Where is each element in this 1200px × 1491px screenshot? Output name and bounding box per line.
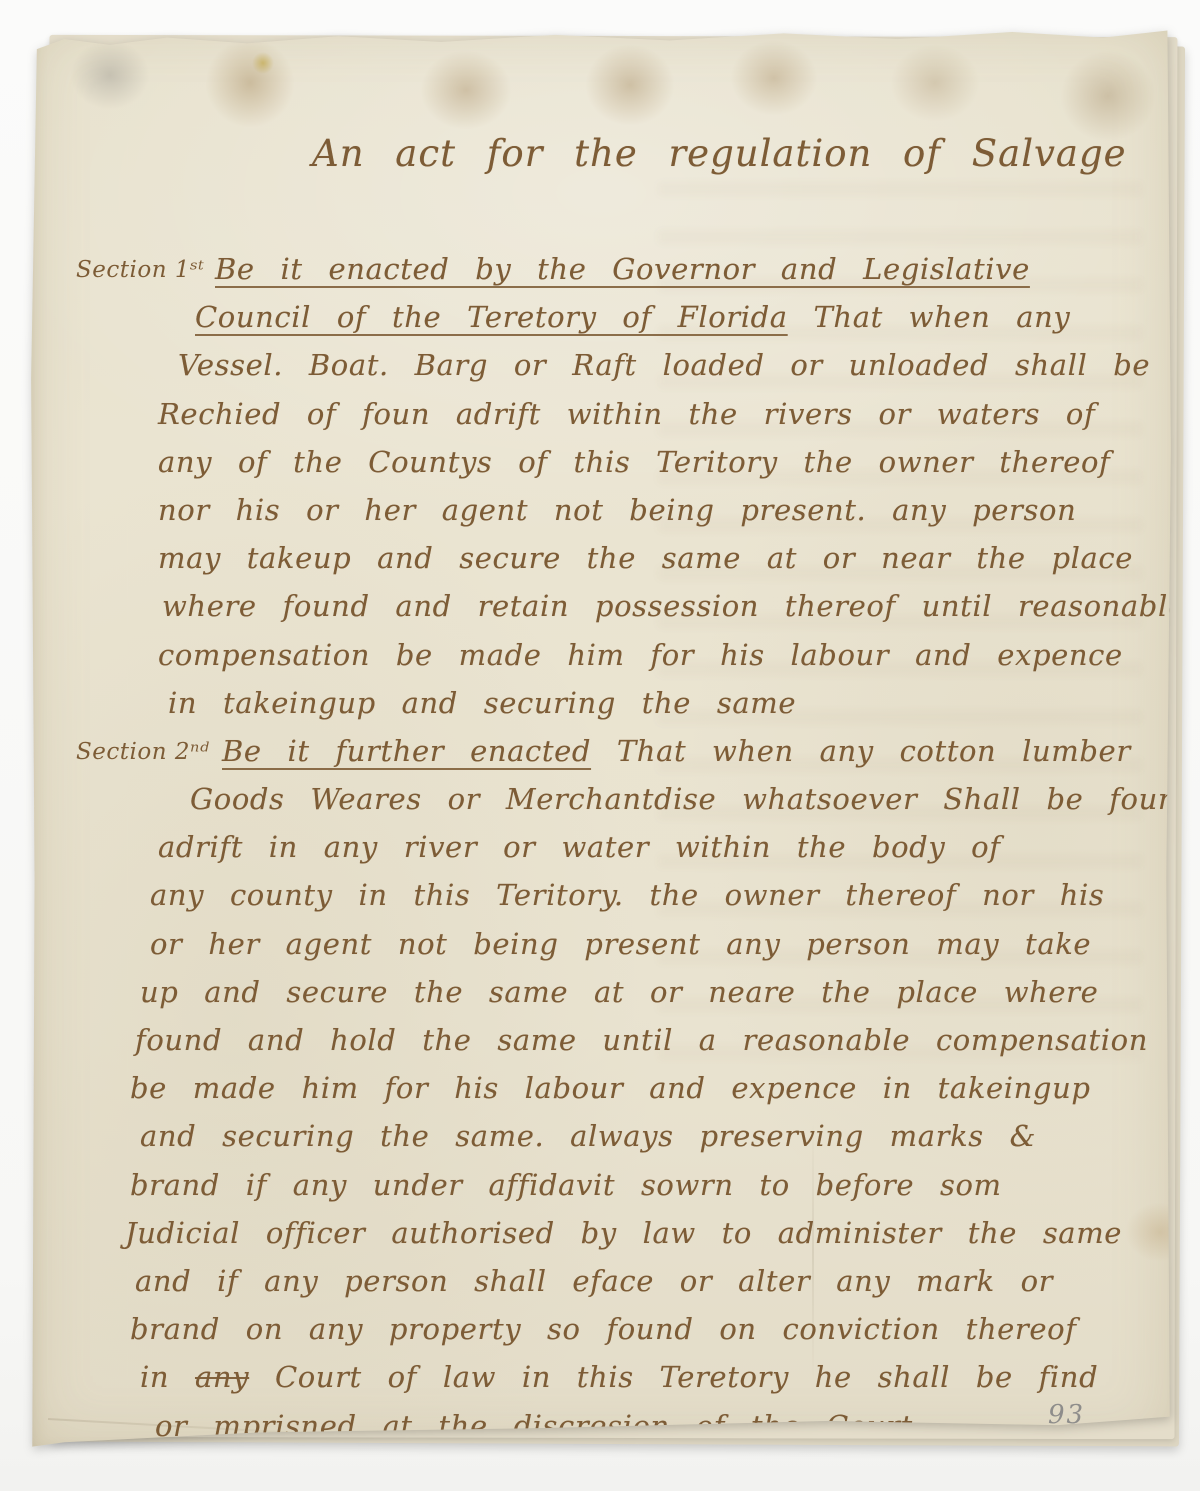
line-segments: or her agent not being present any perso… (150, 927, 1091, 961)
stain-mark (730, 40, 818, 116)
line-segments: be made him for his labour and expence i… (130, 1071, 1091, 1105)
handwritten-text: found and hold the same until a reasonab… (135, 1023, 1148, 1057)
handwritten-text: That when any (788, 300, 1071, 334)
handwritten-text: any county in this Teritory. the owner t… (150, 878, 1104, 912)
handwritten-text: Be it enacted by the Governor and Legisl… (215, 252, 1030, 286)
manuscript-line: Goods Weares or Merchantdise whatsoever … (30, 782, 1172, 830)
handwritten-text: adrift in any river or water within the … (158, 830, 1001, 864)
handwritten-text: brand on any property so found on convic… (130, 1312, 1077, 1346)
line-segments: or mprisned at the discresion of the Cou… (155, 1409, 913, 1443)
manuscript-line: may takeup and secure the same at or nea… (30, 541, 1172, 589)
line-segments: nor his or her agent not being present. … (158, 493, 1076, 527)
line-segments: brand on any property so found on convic… (130, 1312, 1077, 1346)
line-segments: any of the Countys of this Teritory the … (158, 445, 1110, 479)
line-segments: Be it enacted by the Governor and Legisl… (215, 252, 1030, 286)
handwritten-text: compensation be made him for his labour … (158, 638, 1123, 672)
manuscript-line: any county in this Teritory. the owner t… (30, 878, 1172, 926)
handwritten-text: Rechied of foun adrift within the rivers… (158, 397, 1095, 431)
manuscript-line: or her agent not being present any perso… (30, 927, 1172, 975)
manuscript-line: Section 1ˢᵗ Be it enacted by the Governo… (30, 252, 1172, 300)
handwritten-text: where found and retain possession thereo… (162, 589, 1186, 623)
manuscript-line: compensation be made him for his labour … (30, 638, 1172, 686)
manuscript-line: brand if any under affidavit sowrn to be… (30, 1168, 1172, 1216)
manuscript-line: Rechied of foun adrift within the rivers… (30, 397, 1172, 445)
manuscript-line: Judicial officer authorised by law to ad… (30, 1216, 1172, 1264)
line-segments: brand if any under affidavit sowrn to be… (130, 1168, 1002, 1202)
line-segments: up and secure the same at or neare the p… (140, 975, 1098, 1009)
manuscript-line: where found and retain possession thereo… (30, 589, 1172, 637)
manuscript-line: adrift in any river or water within the … (30, 830, 1172, 878)
handwritten-text: may takeup and secure the same at or nea… (158, 541, 1133, 575)
line-segments: in any Court of law in this Teretory he … (140, 1360, 1098, 1394)
stain-mark (890, 44, 980, 122)
line-segments: in takeingup and securing the same (168, 686, 796, 720)
manuscript-line: any of the Countys of this Teritory the … (30, 445, 1172, 493)
handwritten-text: up and secure the same at or neare the p… (140, 975, 1098, 1009)
line-segments: any county in this Teritory. the owner t… (150, 878, 1104, 912)
text-lines: Section 1ˢᵗ Be it enacted by the Governo… (30, 252, 1172, 1457)
photo-background: An act for the regulation of Salvage Sec… (0, 0, 1200, 1491)
handwritten-text: or her agent not being present any perso… (150, 927, 1091, 961)
manuscript-page: An act for the regulation of Salvage Sec… (30, 22, 1172, 1448)
manuscript-line: and if any person shall eface or alter a… (30, 1264, 1172, 1312)
stain-mark (252, 52, 274, 74)
stain-mark (205, 38, 295, 128)
line-segments: and securing the same. always preserving… (140, 1119, 1036, 1153)
document-title: An act for the regulation of Salvage (312, 132, 1127, 175)
manuscript-line: nor his or her agent not being present. … (30, 493, 1172, 541)
line-segments: Vessel. Boat. Barg or Raft loaded or unl… (178, 348, 1200, 382)
manuscript-line: in any Court of law in this Teretory he … (30, 1360, 1172, 1408)
page-number: 93 (1048, 1400, 1085, 1430)
line-segments: found and hold the same until a reasonab… (135, 1023, 1148, 1057)
stain-mark (70, 40, 150, 110)
manuscript-line: and securing the same. always preserving… (30, 1119, 1172, 1167)
stain-mark (1060, 50, 1156, 142)
line-segments: Judicial officer authorised by law to ad… (125, 1216, 1122, 1250)
manuscript-line: Council of the Teretory of Florida That … (30, 300, 1172, 348)
manuscript-line: or mprisned at the discresion of the Cou… (30, 1409, 1172, 1457)
handwritten-text: Be it further enacted (222, 734, 591, 768)
handwritten-text: in takeingup and securing the same (168, 686, 796, 720)
line-segments: and if any person shall eface or alter a… (135, 1264, 1053, 1298)
line-segments: where found and retain possession thereo… (162, 589, 1186, 623)
manuscript-line: found and hold the same until a reasonab… (30, 1023, 1172, 1071)
handwritten-text: any of the Countys of this Teritory the … (158, 445, 1110, 479)
line-segments: compensation be made him for his labour … (158, 638, 1123, 672)
section-marker: Section 1ˢᵗ (76, 257, 204, 283)
handwritten-text: and securing the same. always preserving… (140, 1119, 1036, 1153)
handwritten-text: nor his or her agent not being present. … (158, 493, 1076, 527)
line-segments: Council of the Teretory of Florida That … (195, 300, 1070, 334)
handwritten-text: Goods Weares or Merchantdise whatsoever … (190, 782, 1196, 816)
manuscript-page-wrap: An act for the regulation of Salvage Sec… (30, 22, 1172, 1448)
line-segments: may takeup and secure the same at or nea… (158, 541, 1133, 575)
handwritten-text: any (195, 1360, 249, 1394)
manuscript-line: be made him for his labour and expence i… (30, 1071, 1172, 1119)
manuscript-line: brand on any property so found on convic… (30, 1312, 1172, 1360)
handwritten-text: brand if any under affidavit sowrn to be… (130, 1168, 1002, 1202)
stain-mark (585, 44, 675, 126)
handwritten-text: Vessel. Boat. Barg or Raft loaded or unl… (178, 348, 1200, 382)
stain-mark (420, 50, 512, 130)
line-segments: Be it further enacted That when any cott… (222, 734, 1131, 768)
line-segments: Goods Weares or Merchantdise whatsoever … (190, 782, 1196, 816)
handwritten-text: and if any person shall eface or alter a… (135, 1264, 1053, 1298)
manuscript-line: in takeingup and securing the same (30, 686, 1172, 734)
handwritten-text: in (140, 1360, 195, 1394)
manuscript-line: Section 2ⁿᵈ Be it further enacted That w… (30, 734, 1172, 782)
handwritten-text: be made him for his labour and expence i… (130, 1071, 1091, 1105)
manuscript-line: Vessel. Boat. Barg or Raft loaded or unl… (30, 348, 1172, 396)
line-segments: adrift in any river or water within the … (158, 830, 1001, 864)
section-marker: Section 2ⁿᵈ (76, 739, 209, 765)
handwritten-text: Court of law in this Teretory he shall b… (249, 1360, 1098, 1394)
handwritten-text: That when any cotton lumber (591, 734, 1131, 768)
manuscript-line: up and secure the same at or neare the p… (30, 975, 1172, 1023)
line-segments: Rechied of foun adrift within the rivers… (158, 397, 1095, 431)
handwritten-text: Judicial officer authorised by law to ad… (125, 1216, 1122, 1250)
handwritten-text: or mprisned at the discresion of the Cou… (155, 1409, 913, 1443)
handwritten-text: Council of the Teretory of Florida (195, 300, 788, 334)
